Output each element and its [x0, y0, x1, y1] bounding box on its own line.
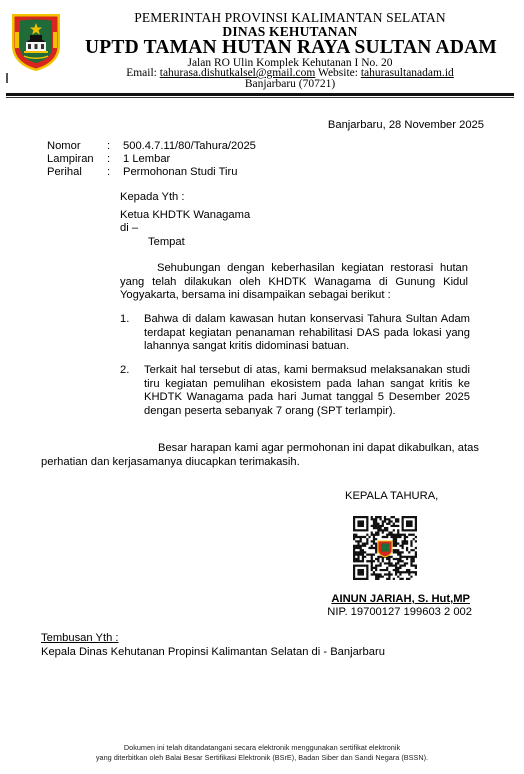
- meta-value: 1 Lembar: [123, 153, 170, 165]
- meta-label: Perihal: [47, 166, 107, 179]
- meta-row-perihal: Perihal:Permohonan Studi Tiru: [47, 166, 237, 179]
- salutation: Kepada Yth :: [120, 191, 185, 204]
- margin-mark: [6, 73, 8, 83]
- e-signature-notice: Dokumen ini telah ditandatangani secara …: [0, 743, 524, 752]
- meta-row-nomor: Nomor:500.4.7.11/80/Tahura/2025: [47, 140, 256, 153]
- provincial-emblem-icon: [10, 12, 62, 72]
- list-item: 2. Terkait hal tersebut di atas, kami be…: [120, 364, 470, 418]
- letterhead-divider: [6, 93, 514, 96]
- meta-value: 500.4.7.11/80/Tahura/2025: [123, 140, 256, 152]
- e-signature-notice-issuer: yang diterbitkan oleh Balai Besar Sertif…: [0, 753, 524, 762]
- qr-code-signature-icon: [353, 516, 417, 580]
- meta-colon: :: [107, 153, 123, 166]
- meta-value: Permohonan Studi Tiru: [123, 166, 237, 178]
- copy-recipient: Kepala Dinas Kehutanan Propinsi Kalimant…: [41, 646, 385, 659]
- meta-label: Lampiran: [47, 153, 107, 166]
- list-text: Bahwa di dalam kawasan hutan konservasi …: [144, 313, 470, 354]
- list-item: 1. Bahwa di dalam kawasan hutan konserva…: [120, 313, 470, 354]
- letterhead-city: Banjarbaru (70721): [70, 78, 510, 90]
- letterhead-unit: UPTD TAMAN HUTAN RAYA SULTAN ADAM: [62, 37, 520, 59]
- closing-line-1: Besar harapan kami agar permohonan ini d…: [120, 442, 472, 456]
- closing-line-2: perhatian dan kerjasamanya diucapkan ter…: [41, 456, 472, 470]
- letterhead-divider-thin: [6, 97, 514, 98]
- recipient-di: di –: [120, 222, 138, 235]
- list-number: 1.: [120, 313, 129, 326]
- list-text: Terkait hal tersebut di atas, kami berma…: [144, 364, 470, 418]
- meta-colon: :: [107, 166, 123, 179]
- meta-row-lampiran: Lampiran:1 Lembar: [47, 153, 170, 166]
- recipient-place: Tempat: [148, 236, 185, 249]
- place-date: Banjarbaru, 28 November 2025: [328, 119, 484, 132]
- signatory-nip: NIP. 19700127 199603 2 002: [327, 606, 472, 619]
- signatory-title: KEPALA TAHURA,: [345, 490, 438, 503]
- copy-label: Tembusan Yth :: [41, 632, 119, 645]
- meta-label: Nomor: [47, 140, 107, 153]
- meta-colon: :: [107, 140, 123, 153]
- closing-paragraph: Besar harapan kami agar permohonan ini d…: [120, 442, 472, 469]
- intro-paragraph: Sehubungan dengan keberhasilan kegiatan …: [120, 262, 468, 303]
- recipient: Ketua KHDTK Wanagama: [120, 209, 250, 222]
- signatory-name: AINUN JARIAH, S. Hut,MP: [331, 593, 470, 606]
- list-number: 2.: [120, 364, 129, 377]
